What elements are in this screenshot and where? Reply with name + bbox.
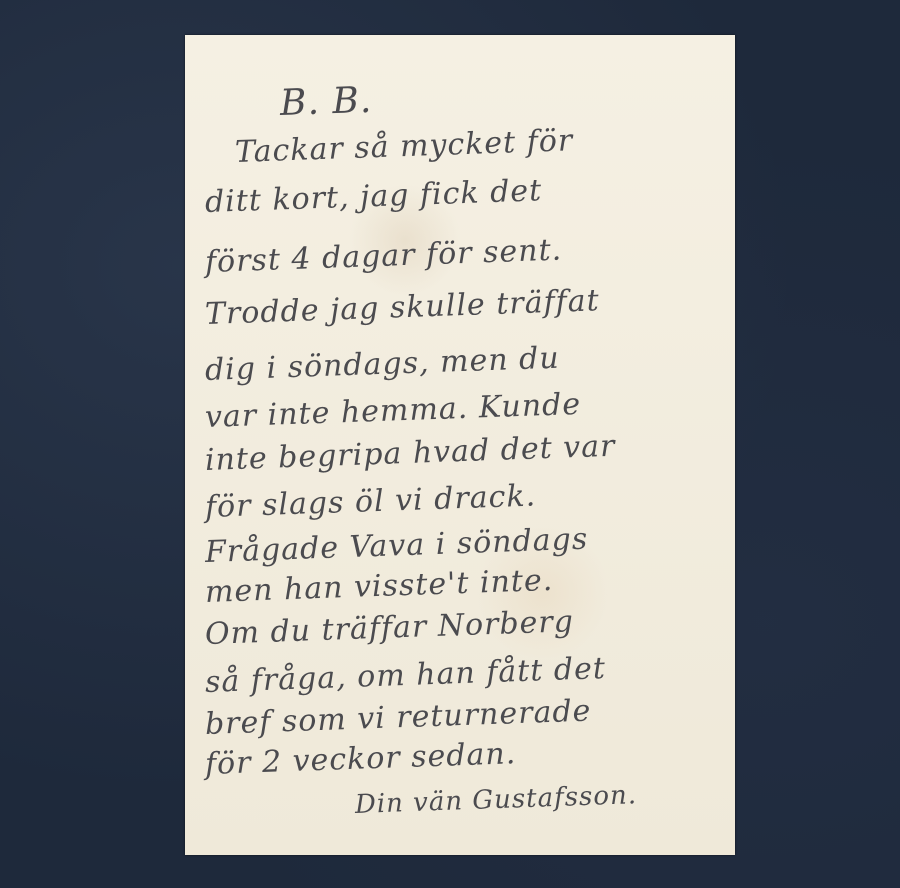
text-line-13: bref som vi returnerade xyxy=(204,694,592,742)
text-line-1: Tackar så mycket för xyxy=(234,123,573,170)
signature: Din vän Gustafsson. xyxy=(354,780,637,820)
text-line-4: Trodde jag skulle träffat xyxy=(204,283,600,332)
text-line-2: ditt kort, jag fick det xyxy=(204,173,542,220)
text-line-5: dig i söndags, men du xyxy=(204,341,560,388)
text-line-3: först 4 dagar för sent. xyxy=(204,233,562,280)
postcard: B. B. Tackar så mycket för ditt kort, ja… xyxy=(185,35,735,855)
text-line-7: inte begripa hvad det var xyxy=(204,429,616,478)
greeting: B. B. xyxy=(279,80,373,124)
text-line-6: var inte hemma. Kunde xyxy=(204,387,581,435)
text-line-14: för 2 veckor sedan. xyxy=(204,736,516,782)
text-line-8: för slags öl vi drack. xyxy=(204,478,536,525)
text-line-12: så fråga, om han fått det xyxy=(204,651,606,700)
text-line-11: Om du träffar Norberg xyxy=(204,604,574,652)
text-line-10: men han visste't inte. xyxy=(204,563,553,610)
